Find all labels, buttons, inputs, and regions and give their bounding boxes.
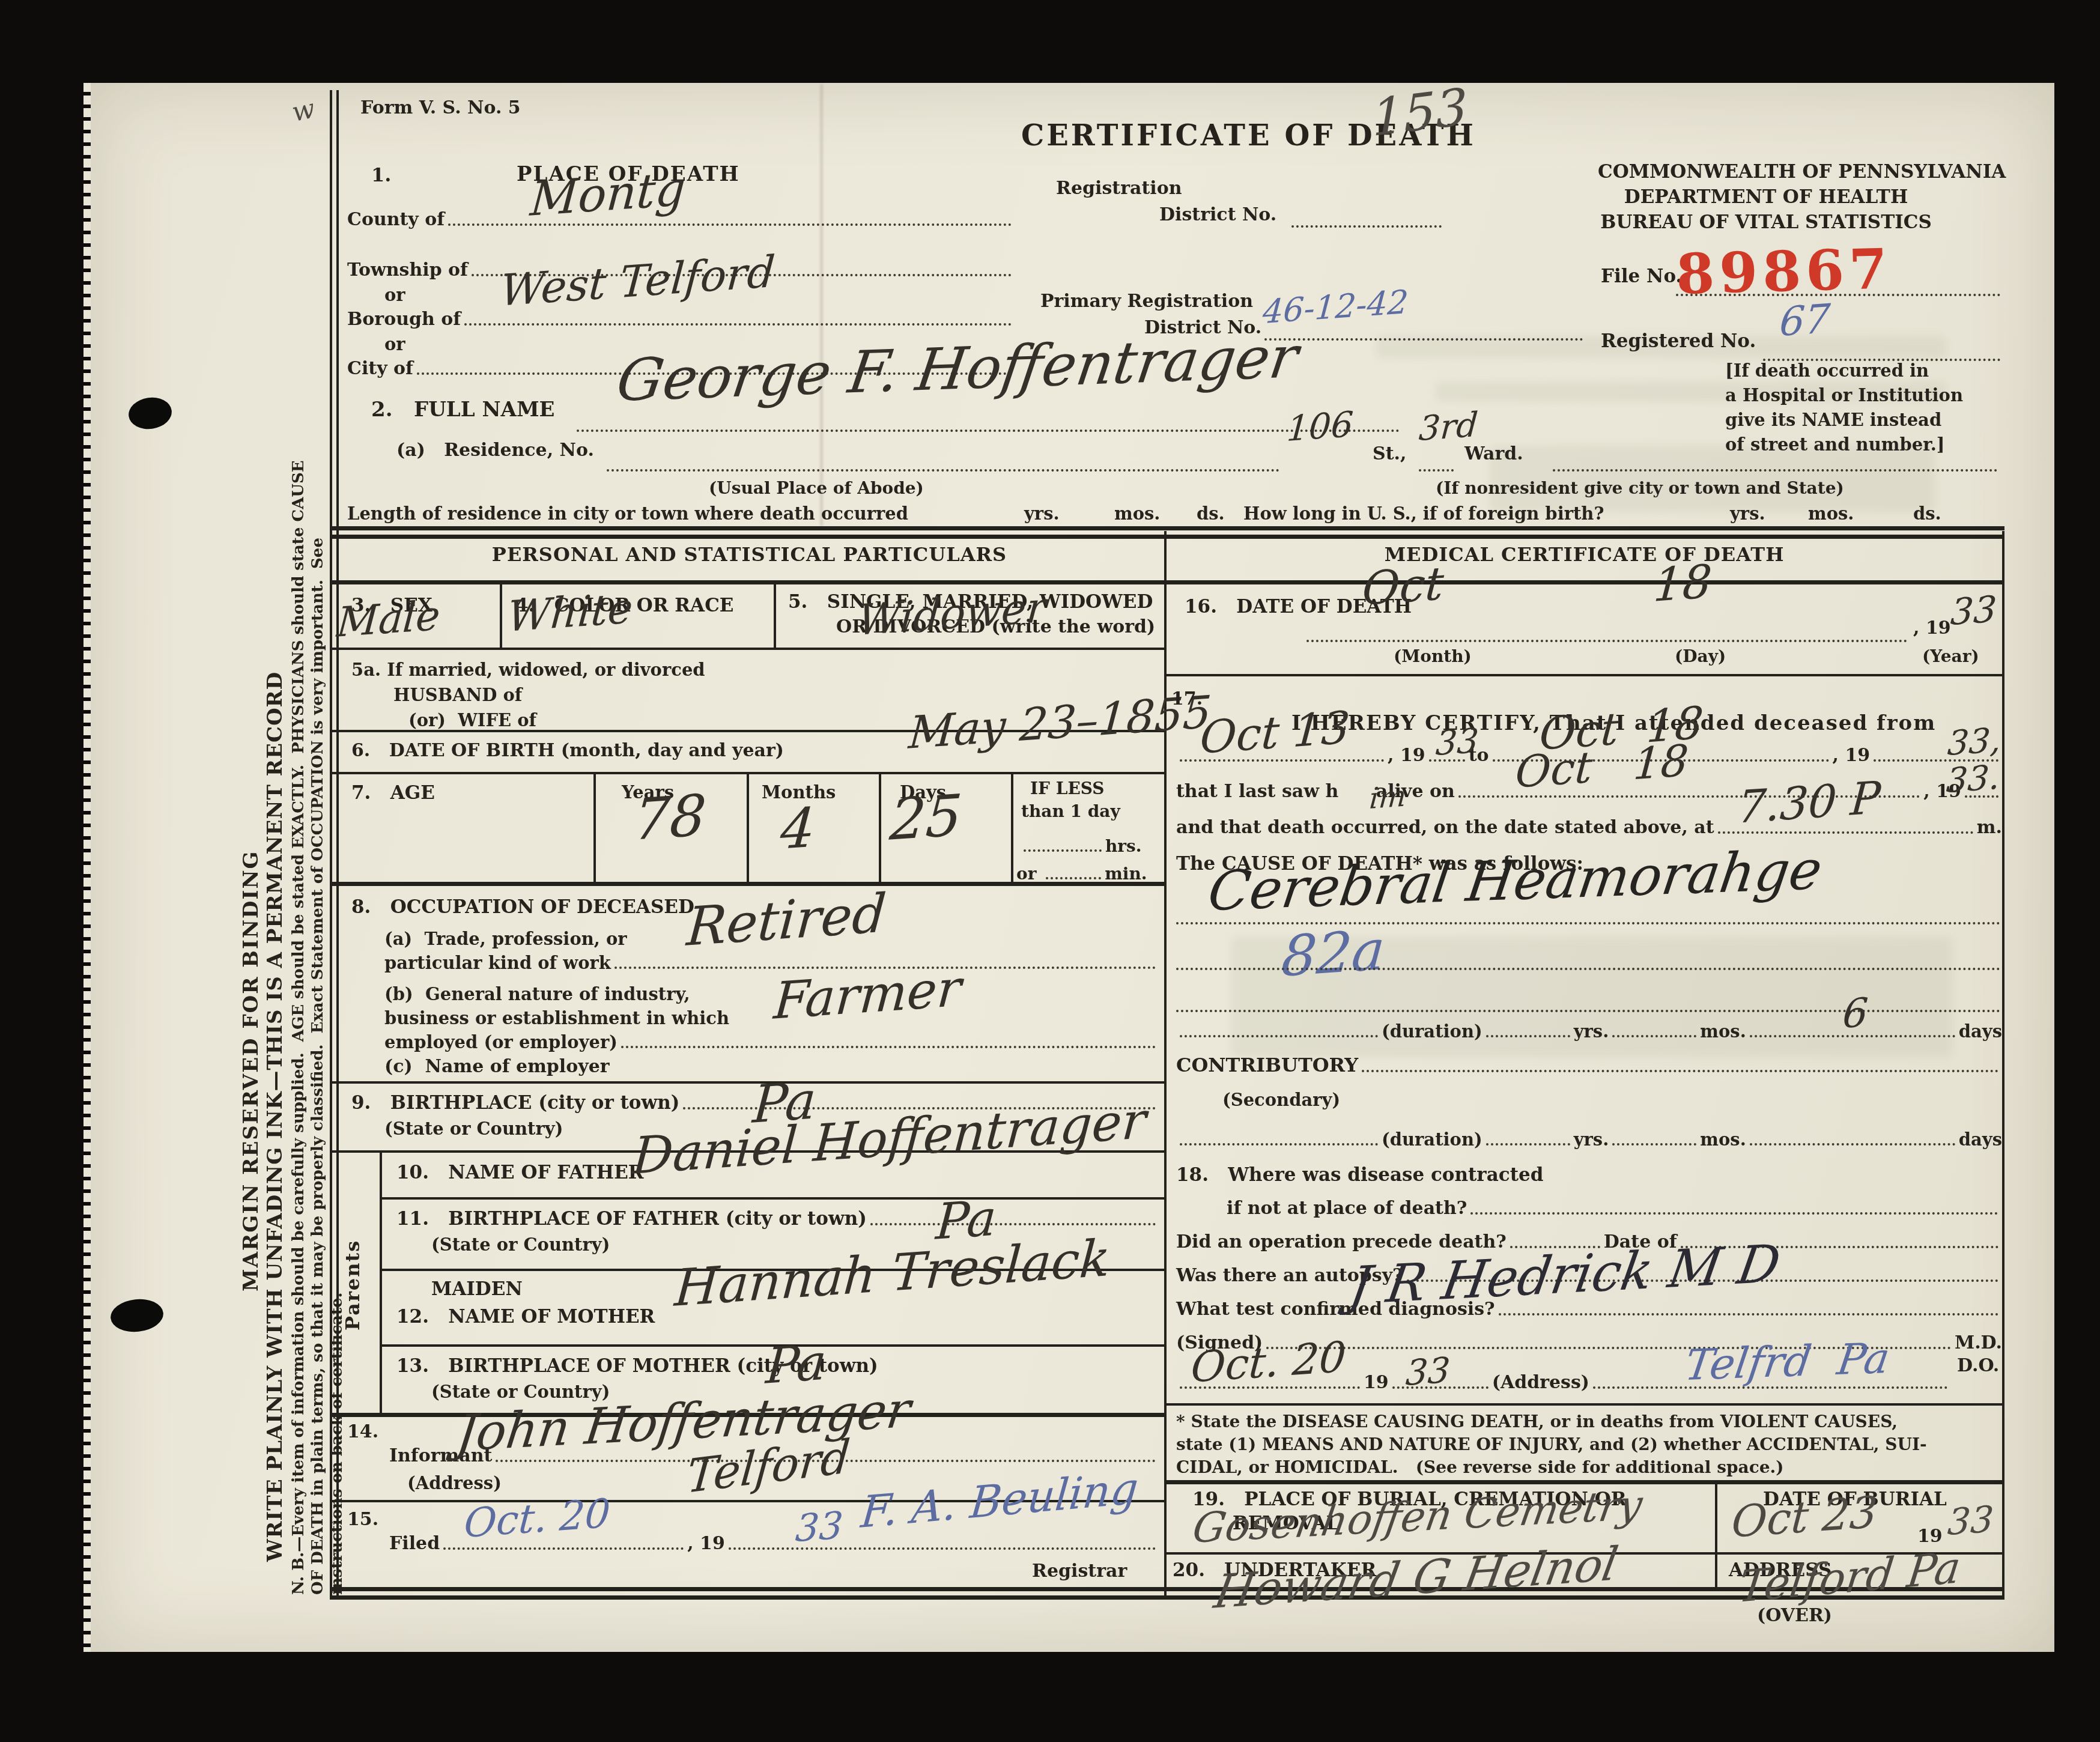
year-sublabel: (Year)	[1922, 646, 1979, 666]
row-rule	[1165, 1403, 2003, 1406]
county-value: Montg	[529, 162, 687, 227]
dotted-leader	[1180, 1033, 1378, 1037]
signed-year-value: 33	[1404, 1349, 1451, 1394]
registered-no-value: 67	[1778, 296, 1831, 345]
duration-label-2: (duration)	[1382, 1129, 1482, 1150]
section17-number: 17.	[1171, 688, 1203, 709]
dotted-leader	[1470, 1210, 1998, 1215]
date-of-birth-label: 6. DATE OF BIRTH (month, day and year)	[351, 740, 784, 761]
dotted-leader	[870, 1221, 1156, 1225]
dotted-leader	[1264, 336, 1583, 341]
employer-label: (c) Name of employer	[384, 1056, 610, 1077]
ifless-label-1: IF LESS	[1030, 778, 1105, 798]
hospital-note-line2: a Hospital or Institution	[1725, 385, 1963, 405]
section-divider	[330, 535, 2004, 539]
mos-label-2: mos.	[1808, 503, 1854, 524]
cell-divider	[747, 772, 749, 882]
full-name-label: 2. FULL NAME	[371, 398, 554, 422]
dotted-leader	[1676, 292, 2000, 296]
file-no-label: File No.	[1601, 266, 1682, 287]
cause-code-value: 82a	[1279, 917, 1387, 989]
burial-cell-divider	[1715, 1480, 1717, 1587]
cell-divider	[500, 580, 502, 648]
to-year-printed: , 19	[1833, 745, 1871, 766]
burial-year-value: 33	[1946, 1498, 1995, 1544]
death-certificate-scan: MARGIN RESERVED FOR BINDING WRITE PLAINL…	[0, 0, 2100, 1742]
filed-year-value: 33	[794, 1503, 845, 1550]
section-divider	[330, 526, 2004, 530]
form-number: Form V. S. No. 5	[360, 97, 521, 118]
street-label: St.,	[1373, 443, 1406, 464]
or-label: or	[1016, 864, 1042, 884]
dotted-leader	[1176, 966, 2000, 970]
filed-number: 15.	[347, 1509, 378, 1530]
contributory-label: CONTRIBUTORY	[1176, 1054, 1358, 1076]
operation-label: Did an operation precede death?	[1176, 1231, 1507, 1252]
month-sublabel: (Month)	[1394, 646, 1472, 666]
md-label: M.D.	[1955, 1332, 2002, 1353]
state-country-label-2: (State or Country)	[431, 1234, 610, 1255]
yrs-label: yrs.	[1024, 503, 1060, 524]
hrs-row: hrs.	[1020, 836, 1156, 856]
borough-row: Borough of	[347, 309, 1015, 330]
dotted-leader	[577, 428, 1400, 432]
abode-note: (Usual Place of Abode)	[709, 478, 924, 498]
residence-label: (a) Residence, No.	[396, 440, 594, 461]
duration-yrs-label: yrs.	[1574, 1021, 1609, 1042]
contributory-row: CONTRIBUTORY	[1176, 1054, 2002, 1076]
filed-year-printed: , 19	[687, 1533, 725, 1554]
parents-label: Parents	[341, 1240, 364, 1331]
signed-address-label: (Address)	[1492, 1372, 1589, 1393]
cell-divider	[774, 580, 776, 648]
over-label: (OVER)	[1757, 1605, 1832, 1626]
row-rule-heavy	[330, 882, 1164, 886]
dotted-leader	[443, 1546, 684, 1550]
last-saw-label1: that I last saw h	[1176, 781, 1338, 802]
dotted-leader	[607, 467, 1279, 472]
duration-days-value: 6	[1841, 989, 1869, 1037]
footnote-line1: * State the DISEASE CAUSING DEATH, or in…	[1176, 1412, 1898, 1431]
ifless-label-2: than 1 day	[1021, 801, 1120, 821]
hospital-note-line4: of street and number.]	[1725, 434, 1945, 455]
father-birthplace-label: 11. BIRTHPLACE OF FATHER (city or town)	[396, 1208, 867, 1230]
yrs-label-2: yrs.	[1730, 503, 1765, 524]
agency-line2: DEPARTMENT OF HEALTH	[1598, 186, 1934, 208]
footnote-line3: CIDAL, or HOMICIDAL. (See reverse side f…	[1176, 1457, 1784, 1477]
burial-date-value: Oct 23	[1730, 1486, 1879, 1547]
him-value: im	[1368, 779, 1407, 816]
duration-row-1: (duration)yrs.mos.days	[1176, 1021, 2002, 1042]
registrar-label: Registrar	[1032, 1561, 1127, 1582]
agency-line1: COMMONWEALTH OF PENNSYLVANIA	[1598, 161, 1934, 183]
industry-label-2: business or establishment in which	[384, 1008, 729, 1028]
form-border-right	[2002, 531, 2004, 1595]
duration-days-label: days	[1959, 1021, 2002, 1042]
age-years-value: 78	[632, 783, 708, 854]
row-rule	[330, 1081, 1164, 1084]
last-saw-year-value: 33.	[1945, 757, 2001, 801]
signed-address-value: Telfrd Pa	[1682, 1334, 1893, 1390]
agency-line3: BUREAU OF VITAL STATISTICS	[1598, 211, 1934, 233]
cell-divider	[879, 772, 881, 882]
dotted-leader	[1306, 638, 1907, 642]
filed-label: Filed	[389, 1533, 440, 1554]
mother-name-label: 12. NAME OF MOTHER	[396, 1306, 655, 1328]
dotted-leader	[1750, 1141, 1955, 1146]
form-border-left-outer	[330, 90, 332, 1595]
handwritten-serial: 153	[1371, 77, 1468, 148]
min-label: min.	[1105, 864, 1147, 884]
primary-registration-label: Primary Registration	[1040, 291, 1253, 312]
attended-from-value: Oct 13	[1198, 702, 1352, 764]
attended-from-year: 33	[1434, 721, 1480, 763]
duration-days-label-2: days	[1959, 1129, 2002, 1150]
deckle-edge	[83, 83, 91, 1652]
row-rule	[330, 648, 1164, 650]
mos-label: mos.	[1114, 503, 1160, 524]
row-rule	[1165, 674, 2003, 676]
signed-year-printed: 19	[1364, 1372, 1389, 1393]
do-label: D.O.	[1957, 1355, 1999, 1376]
cell-divider	[593, 772, 596, 882]
paper-crease	[821, 84, 822, 526]
footnote-line2: state (1) MEANS AND NATURE OF INJURY, an…	[1176, 1434, 1927, 1454]
margin-note-nb2: OF DEATH in plain terms, so that it may …	[309, 538, 327, 1595]
parents-bracket	[380, 1150, 382, 1413]
dotted-leader	[1486, 1033, 1570, 1037]
row-rule	[380, 1197, 1164, 1200]
trade-label-2: particular kind of work	[384, 953, 611, 973]
dotted-leader	[1024, 848, 1102, 852]
death-year-printed: , 19	[1913, 618, 1951, 639]
industry-row: employed (or employer)	[384, 1032, 1159, 1052]
husband-wife-line1: 5a. If married, widowed, or divorced	[351, 660, 705, 680]
dotted-leader	[464, 321, 1012, 326]
death-time-value: 7.30 P	[1736, 772, 1883, 834]
ifnot-row: if not at place of death?	[1227, 1198, 2001, 1219]
state-country-label: (State or Country)	[384, 1118, 563, 1139]
husband-wife-line2: HUSBAND of	[393, 685, 522, 705]
dotted-leader	[621, 1044, 1156, 1048]
registration-label: Registration	[1056, 178, 1182, 199]
margin-note-binding: MARGIN RESERVED FOR BINDING	[239, 851, 263, 1292]
form-border-left-inner	[336, 90, 339, 1595]
sex-value: Male	[335, 592, 442, 647]
duration-mos-label-2: mos.	[1700, 1129, 1746, 1150]
heading-rule	[330, 580, 2004, 584]
registration-district-label: District No.	[1159, 204, 1276, 225]
from-year-printed: , 19	[1388, 745, 1425, 766]
industry-label-3: employed (or employer)	[384, 1032, 618, 1052]
dotted-leader	[1362, 1068, 1998, 1072]
age-months-value: 4	[778, 796, 818, 862]
section1-number: 1.	[371, 163, 391, 186]
husband-wife-line3: (or) WIFE of	[408, 710, 536, 730]
disease-contracted-label: 18. Where was disease contracted	[1176, 1164, 1543, 1186]
informant-address-label: (Address)	[407, 1473, 502, 1493]
borough-label: Borough of	[347, 309, 461, 330]
or-label-2: or	[384, 334, 405, 354]
dotted-leader	[1180, 1141, 1378, 1146]
duration-row-2: (duration)yrs.mos.days	[1176, 1129, 2002, 1150]
ds-label-2: ds.	[1913, 503, 1941, 524]
death-day-value: 18	[1652, 554, 1714, 612]
cell-divider	[1011, 772, 1013, 882]
margin-note-ink: WRITE PLAINLY WITH UNFADING INK—THIS IS …	[263, 672, 287, 1562]
row-rule-heavy	[1165, 1480, 2003, 1484]
hospital-note-line1: [If death occurred in	[1725, 360, 1929, 381]
dotted-leader	[1612, 1033, 1696, 1037]
ward-no-value: 3rd	[1418, 405, 1479, 449]
death-occurred-label: and that death occurred, on the date sta…	[1176, 817, 1714, 838]
howlong-label: How long in U. S., if of foreign birth?	[1243, 503, 1604, 524]
dotted-leader	[1291, 223, 1442, 228]
min-row: or min.	[1016, 864, 1156, 884]
file-no-stamp: 89867	[1675, 236, 1893, 306]
dotted-leader	[729, 1546, 1156, 1550]
or-label-1: or	[384, 285, 405, 305]
attended-to-year: 33,	[1946, 720, 2002, 763]
age-label: 7. AGE	[351, 782, 435, 804]
township-label: Township of	[347, 259, 468, 281]
informant-number: 14.	[347, 1421, 378, 1442]
residence-no-value: 106	[1285, 404, 1355, 449]
left-column-heading: PERSONAL AND STATISTICAL PARTICULARS	[333, 543, 1165, 566]
dotted-leader	[1499, 1311, 1998, 1316]
dotted-leader	[1486, 1141, 1570, 1146]
occupation-label: 8. OCCUPATION OF DECEASED	[351, 896, 694, 918]
secondary-label: (Secondary)	[1222, 1090, 1340, 1110]
dotted-leader	[1419, 467, 1454, 472]
duration-yrs-label-2: yrs.	[1574, 1129, 1609, 1150]
ward-label: Ward.	[1464, 443, 1523, 464]
maiden-label: MAIDEN	[431, 1278, 523, 1300]
day-sublabel: (Day)	[1675, 646, 1726, 666]
color-race-value: White	[506, 583, 634, 642]
hrs-label: hrs.	[1105, 836, 1142, 856]
dotted-leader	[1553, 467, 1997, 472]
age-days-value: 25	[888, 783, 964, 854]
right-column-heading: MEDICAL CERTIFICATE OF DEATH	[1165, 543, 2003, 566]
death-year-value: 33	[1949, 588, 1998, 634]
industry-label-1: (b) General nature of industry,	[384, 984, 690, 1004]
dotted-leader	[1612, 1141, 1696, 1146]
registered-no-label: Registered No.	[1601, 330, 1756, 352]
dotted-leader	[1176, 1008, 2000, 1012]
city-label: City of	[347, 358, 413, 379]
ifnot-label: if not at place of death?	[1227, 1198, 1467, 1219]
birthplace-label: 9. BIRTHPLACE (city or town)	[351, 1092, 679, 1114]
trade-row: particular kind of work	[384, 953, 1159, 973]
length-residence-label: Length of residence in city or town wher…	[347, 503, 908, 524]
hospital-note-line3: give its NAME instead	[1725, 410, 1941, 430]
m-label: m.	[1977, 817, 2002, 838]
father-birthplace-row: 11. BIRTHPLACE OF FATHER (city or town)	[396, 1208, 1159, 1230]
county-label: County of	[347, 209, 445, 230]
nonresident-note: (If nonresident give city or town and St…	[1436, 478, 1844, 498]
ds-label: ds.	[1197, 503, 1225, 524]
death-month-value: Oct	[1361, 556, 1445, 616]
father-name-label: 10. NAME OF FATHER	[396, 1162, 644, 1183]
dotted-leader	[1046, 875, 1101, 879]
trade-label-1: (a) Trade, profession, or	[384, 929, 627, 949]
duration-label: (duration)	[1382, 1021, 1482, 1042]
margin-note-nb: N. B.—Every item of information should b…	[290, 460, 308, 1595]
duration-mos-label: mos.	[1700, 1021, 1746, 1042]
